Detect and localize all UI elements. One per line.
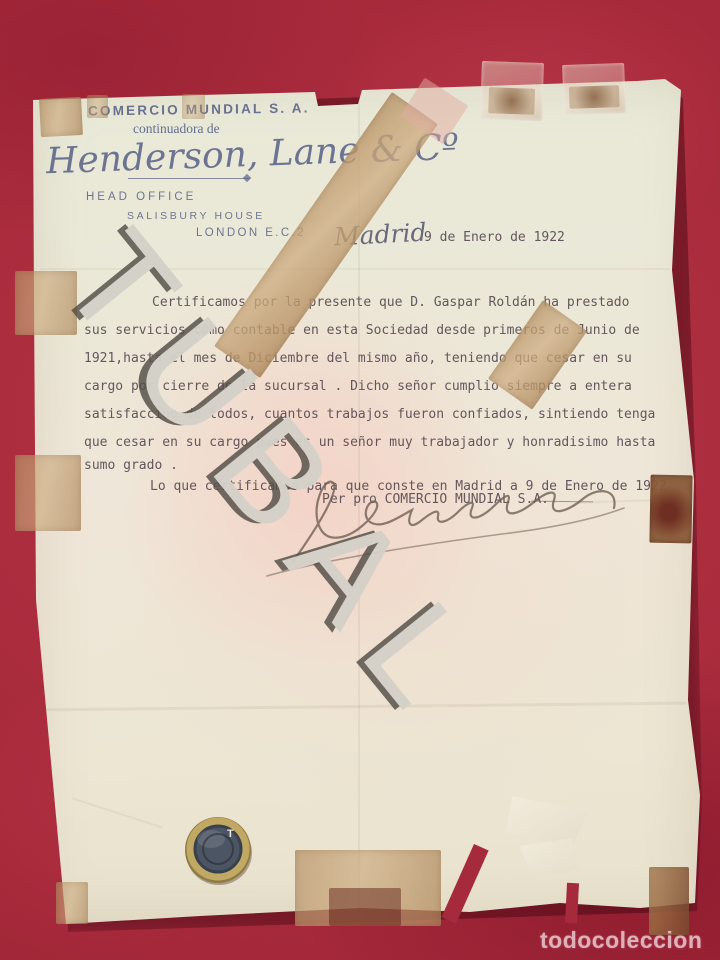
- tape-top-left: [39, 97, 83, 137]
- todocoleccion-watermark: todocoleccion: [540, 927, 702, 954]
- tear-slit-red: [565, 883, 579, 924]
- letterhead-head-office: HEAD OFFICE: [86, 191, 196, 203]
- tape-bottom-left: [56, 882, 88, 924]
- coin: T: [183, 815, 253, 885]
- tape-left-lower: [15, 455, 81, 531]
- tape-top-small: [182, 94, 205, 119]
- tape-debris: [569, 85, 620, 109]
- letterhead-divider-rule: [128, 178, 250, 179]
- tape-top-left-small: [87, 95, 108, 118]
- typed-date: 9 de Enero de 1922: [424, 230, 565, 245]
- coin-watermark-letter: T: [227, 828, 234, 840]
- tape-debris: [488, 87, 535, 115]
- tape-right-dark: [649, 475, 692, 544]
- photo-of-letter: COMERCIO MUNDIAL S. A. continuadora de H…: [0, 0, 720, 960]
- tape-top-clear-2: [562, 63, 626, 115]
- tape-bottom-right: [649, 867, 689, 935]
- tape-bottom-center: [295, 850, 441, 926]
- tape-top-clear-1: [480, 61, 544, 121]
- tape-bottom-center-dark: [329, 888, 401, 926]
